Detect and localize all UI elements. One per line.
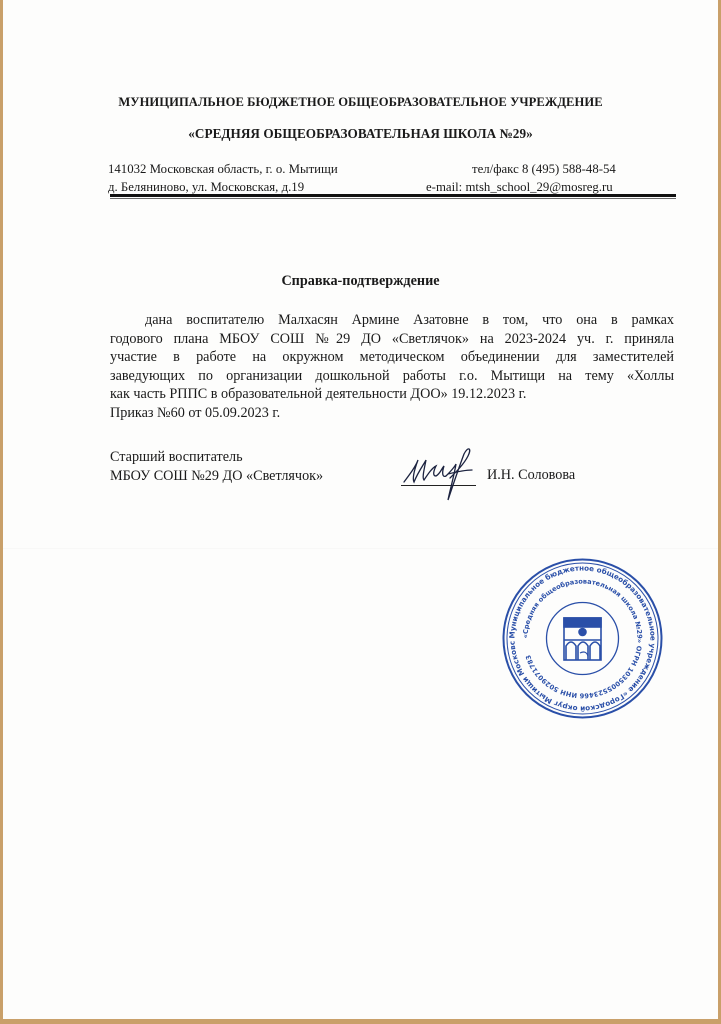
paper-crease <box>3 548 718 549</box>
body-line: дана воспитателю Малхасян Армине Азатовн… <box>110 311 674 330</box>
body-line: годового плана МБОУ СОШ №29 ДО «Светлячо… <box>110 330 674 349</box>
stamp-building-emblem <box>564 618 601 660</box>
signatory-position: Старший воспитатель МБОУ СОШ №29 ДО «Све… <box>110 448 323 485</box>
body-line: заведующих по организации дошкольной раб… <box>110 367 674 386</box>
address-line-1: 141032 Московская область, г. о. Мытищи <box>108 160 338 178</box>
letterhead-address: 141032 Московская область, г. о. Мытищи … <box>108 160 338 196</box>
body-line: участие в работе на окружном методическо… <box>110 348 674 367</box>
document-body: дана воспитателю Малхасян Армине Азатовн… <box>110 311 674 423</box>
position-title: Старший воспитатель <box>110 448 323 467</box>
letterhead-divider-thin <box>110 198 676 199</box>
letterhead-contacts: тел/факс 8 (495) 588-48-54 e-mail: mtsh_… <box>426 160 616 196</box>
letterhead-school-name: «СРЕДНЯЯ ОБЩЕОБРАЗОВАТЕЛЬНАЯ ШКОЛА №29» <box>3 126 718 142</box>
letterhead-institution-type: МУНИЦИПАЛЬНОЕ БЮДЖЕТНОЕ ОБЩЕОБРАЗОВАТЕЛЬ… <box>3 95 718 110</box>
document-title: Справка-подтверждение <box>3 273 718 290</box>
official-seal-stamp: Муниципальное бюджетное общеобразователь… <box>500 556 665 721</box>
phone-fax: тел/факс 8 (495) 588-48-54 <box>426 160 616 178</box>
signer-name: И.Н. Соловова <box>487 467 575 484</box>
order-reference: Приказ №60 от 05.09.2023 г. <box>110 404 674 423</box>
body-line: как часть РППС в образовательной деятель… <box>110 385 674 404</box>
handwritten-signature <box>398 442 488 504</box>
position-organization: МБОУ СОШ №29 ДО «Светлячок» <box>110 467 323 486</box>
document-page: МУНИЦИПАЛЬНОЕ БЮДЖЕТНОЕ ОБЩЕОБРАЗОВАТЕЛЬ… <box>3 0 718 1019</box>
letterhead-divider <box>110 194 676 197</box>
